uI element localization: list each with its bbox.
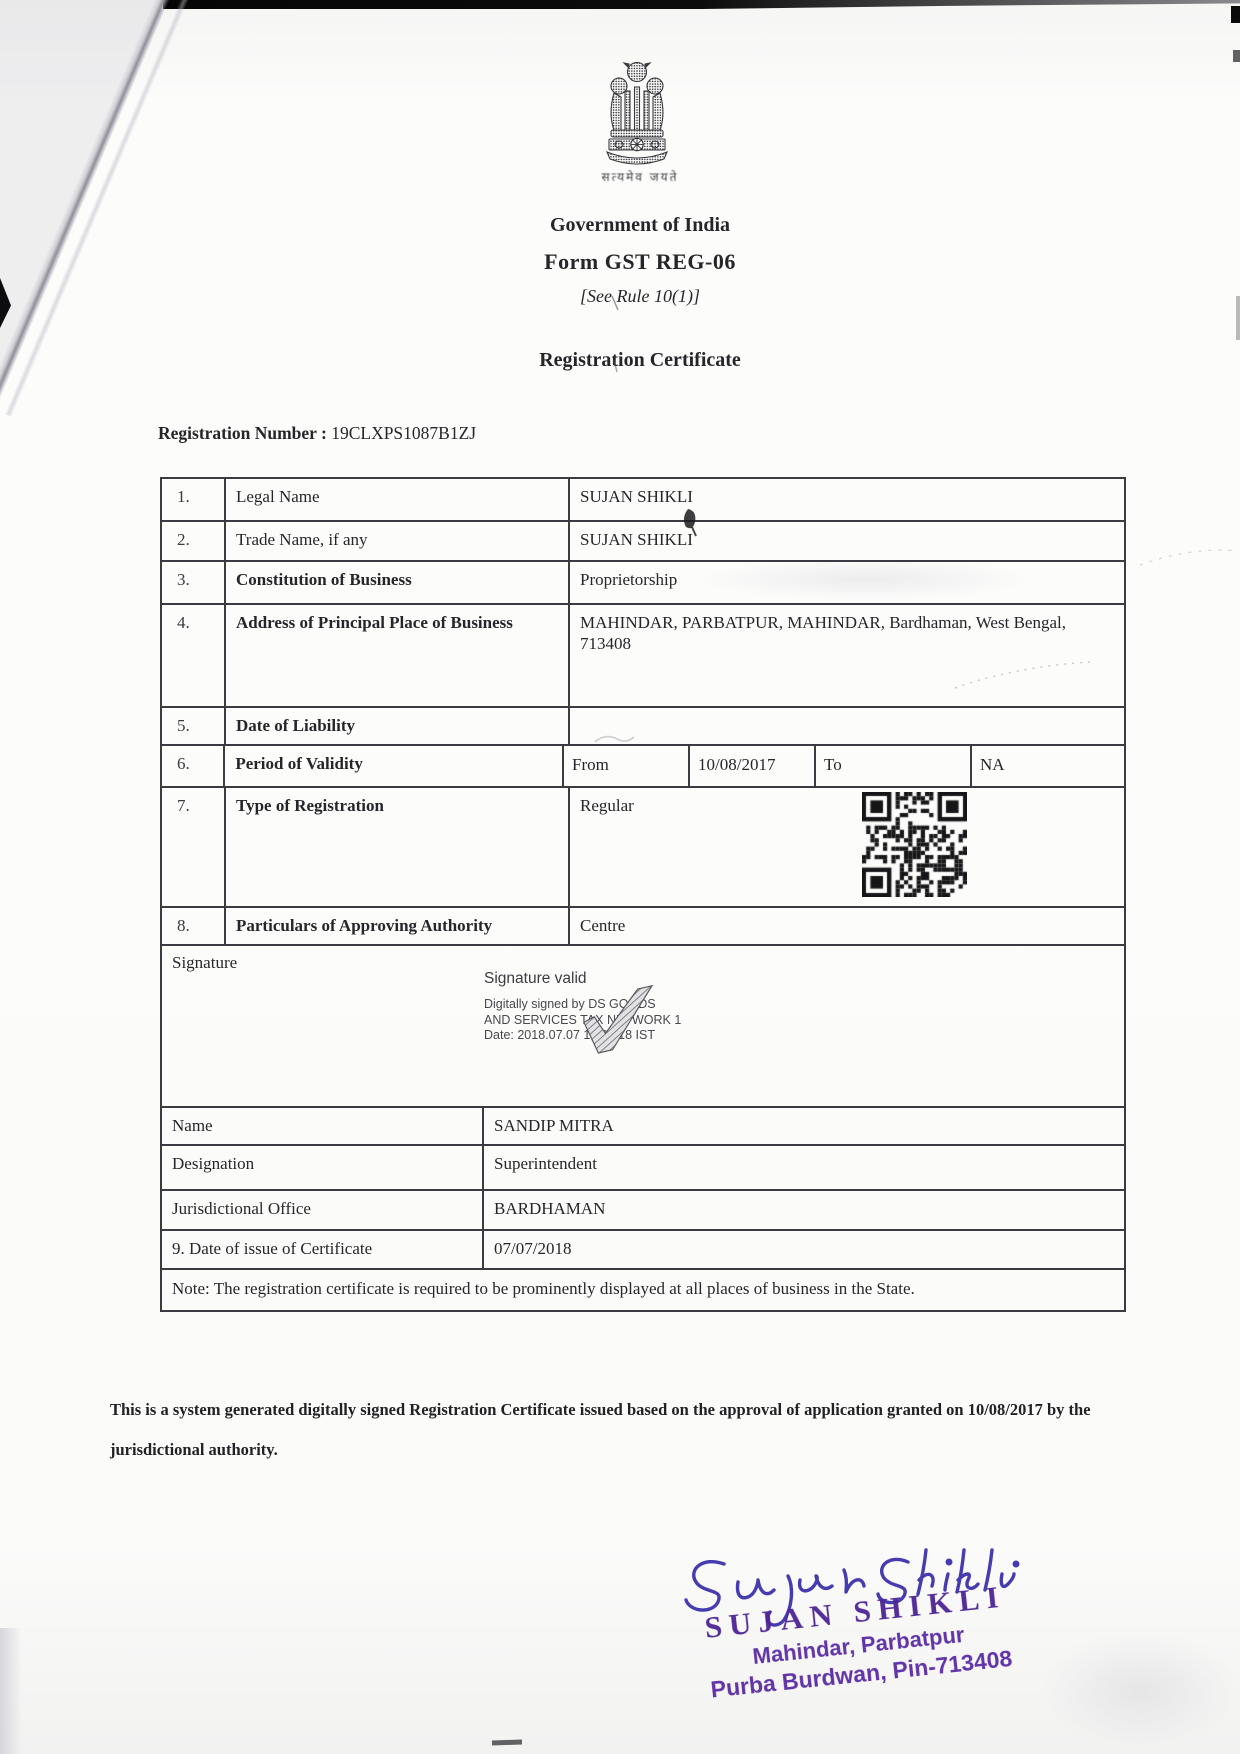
table-row: Designation Superintendent <box>162 1146 1124 1191</box>
row-value: Regular <box>568 788 1124 906</box>
table-row: Name SANDIP MITRA <box>162 1108 1124 1146</box>
registration-type-value: Regular <box>580 796 634 815</box>
row-serial: 8. <box>162 908 224 944</box>
signature-valid-check-icon <box>572 972 665 1073</box>
scan-left-edge-shadow <box>0 1628 22 1754</box>
scan-bottom-mark <box>492 1739 522 1745</box>
note-row: Note: The registration certificate is re… <box>162 1270 1124 1310</box>
row-value <box>568 708 1124 744</box>
form-title: Form GST REG-06 <box>40 249 1240 275</box>
row-value: 07/07/2018 <box>482 1231 1124 1268</box>
table-row: 7. Type of Registration Regular <box>162 788 1124 908</box>
table-row: 6. Period of Validity From 10/08/2017 To… <box>162 746 1124 788</box>
note-text: Note: The registration certificate is re… <box>162 1270 1124 1310</box>
signature-row: Signature Signature valid Digitally sign… <box>162 946 1124 1108</box>
table-row: 1. Legal Name SUJAN SHIKLI <box>162 479 1124 522</box>
row-value: Superintendent <box>482 1146 1124 1189</box>
row-label: Period of Validity <box>223 746 562 786</box>
row-label: Legal Name <box>224 479 568 520</box>
scan-right-edge-mark <box>1233 50 1240 62</box>
validity-to-value: NA <box>970 746 1124 786</box>
row-value: MAHINDAR, PARBATPUR, MAHINDAR, Bardhaman… <box>568 605 1124 706</box>
table-row: 4. Address of Principal Place of Busines… <box>162 605 1124 708</box>
row-label: Designation <box>162 1146 482 1189</box>
row-value: SUJAN SHIKLI <box>568 479 1124 520</box>
row-serial: 6. <box>162 746 223 786</box>
row-value: Centre <box>568 908 1124 944</box>
government-heading: Government of India <box>40 214 1240 237</box>
row-serial: 3. <box>162 562 224 603</box>
scan-right-edge-mark <box>1231 6 1240 23</box>
row-serial: 4. <box>162 605 224 706</box>
row-label: Jurisdictional Office <box>162 1191 482 1229</box>
row-value: SUJAN SHIKLI <box>568 522 1124 560</box>
row-serial: 7. <box>162 788 224 906</box>
row-value: Proprietorship <box>568 562 1124 603</box>
certificate-title: Registration Certificate <box>40 349 1240 372</box>
row-label: Address of Principal Place of Business <box>224 605 568 706</box>
signature-label: Signature <box>172 953 237 973</box>
row-label: Date of Liability <box>224 708 568 744</box>
validity-cells: From 10/08/2017 To NA <box>562 746 1124 786</box>
row-label: Type of Registration <box>224 788 568 906</box>
validity-from-value: 10/08/2017 <box>688 746 814 786</box>
row-label: Constitution of Business <box>224 562 568 603</box>
registration-number-value: 19CLXPS1087B1ZJ <box>331 423 476 443</box>
row-serial: 1. <box>162 479 224 520</box>
row-serial: 2. <box>162 522 224 560</box>
row-label: 9. Date of issue of Certificate <box>162 1231 482 1268</box>
validity-to-label: To <box>814 746 970 786</box>
table-row: 3. Constitution of Business Proprietorsh… <box>162 562 1124 605</box>
row-serial: 5. <box>162 708 224 744</box>
row-label: Name <box>162 1108 482 1144</box>
india-emblem-icon <box>597 57 677 172</box>
registration-table: 1. Legal Name SUJAN SHIKLI 2. Trade Name… <box>160 477 1126 1312</box>
table-row: 2. Trade Name, if any SUJAN SHIKLI <box>162 522 1124 562</box>
emblem-motto: सत्यमेव जयते <box>40 168 1240 185</box>
table-row: 5. Date of Liability <box>162 708 1124 746</box>
table-row: 9. Date of issue of Certificate 07/07/20… <box>162 1231 1124 1270</box>
table-row: Jurisdictional Office BARDHAMAN <box>162 1191 1124 1231</box>
scan-edge-artifact <box>163 0 1240 9</box>
system-generated-statement: This is a system generated digitally sig… <box>110 1390 1166 1470</box>
rule-reference: [See Rule 10(1)] <box>40 286 1240 307</box>
registration-number-label: Registration Number : <box>158 423 327 443</box>
qr-code <box>862 792 967 897</box>
table-row: 8. Particulars of Approving Authority Ce… <box>162 908 1124 946</box>
validity-from-label: From <box>564 746 688 786</box>
row-value: BARDHAMAN <box>482 1191 1124 1229</box>
row-label: Trade Name, if any <box>224 522 568 560</box>
registration-number-line: Registration Number : 19CLXPS1087B1ZJ <box>158 423 476 444</box>
row-value: SANDIP MITRA <box>482 1108 1124 1144</box>
scanned-gst-certificate: सत्यमेव जयते Government of India Form GS… <box>0 0 1240 1754</box>
row-label: Particulars of Approving Authority <box>224 908 568 944</box>
